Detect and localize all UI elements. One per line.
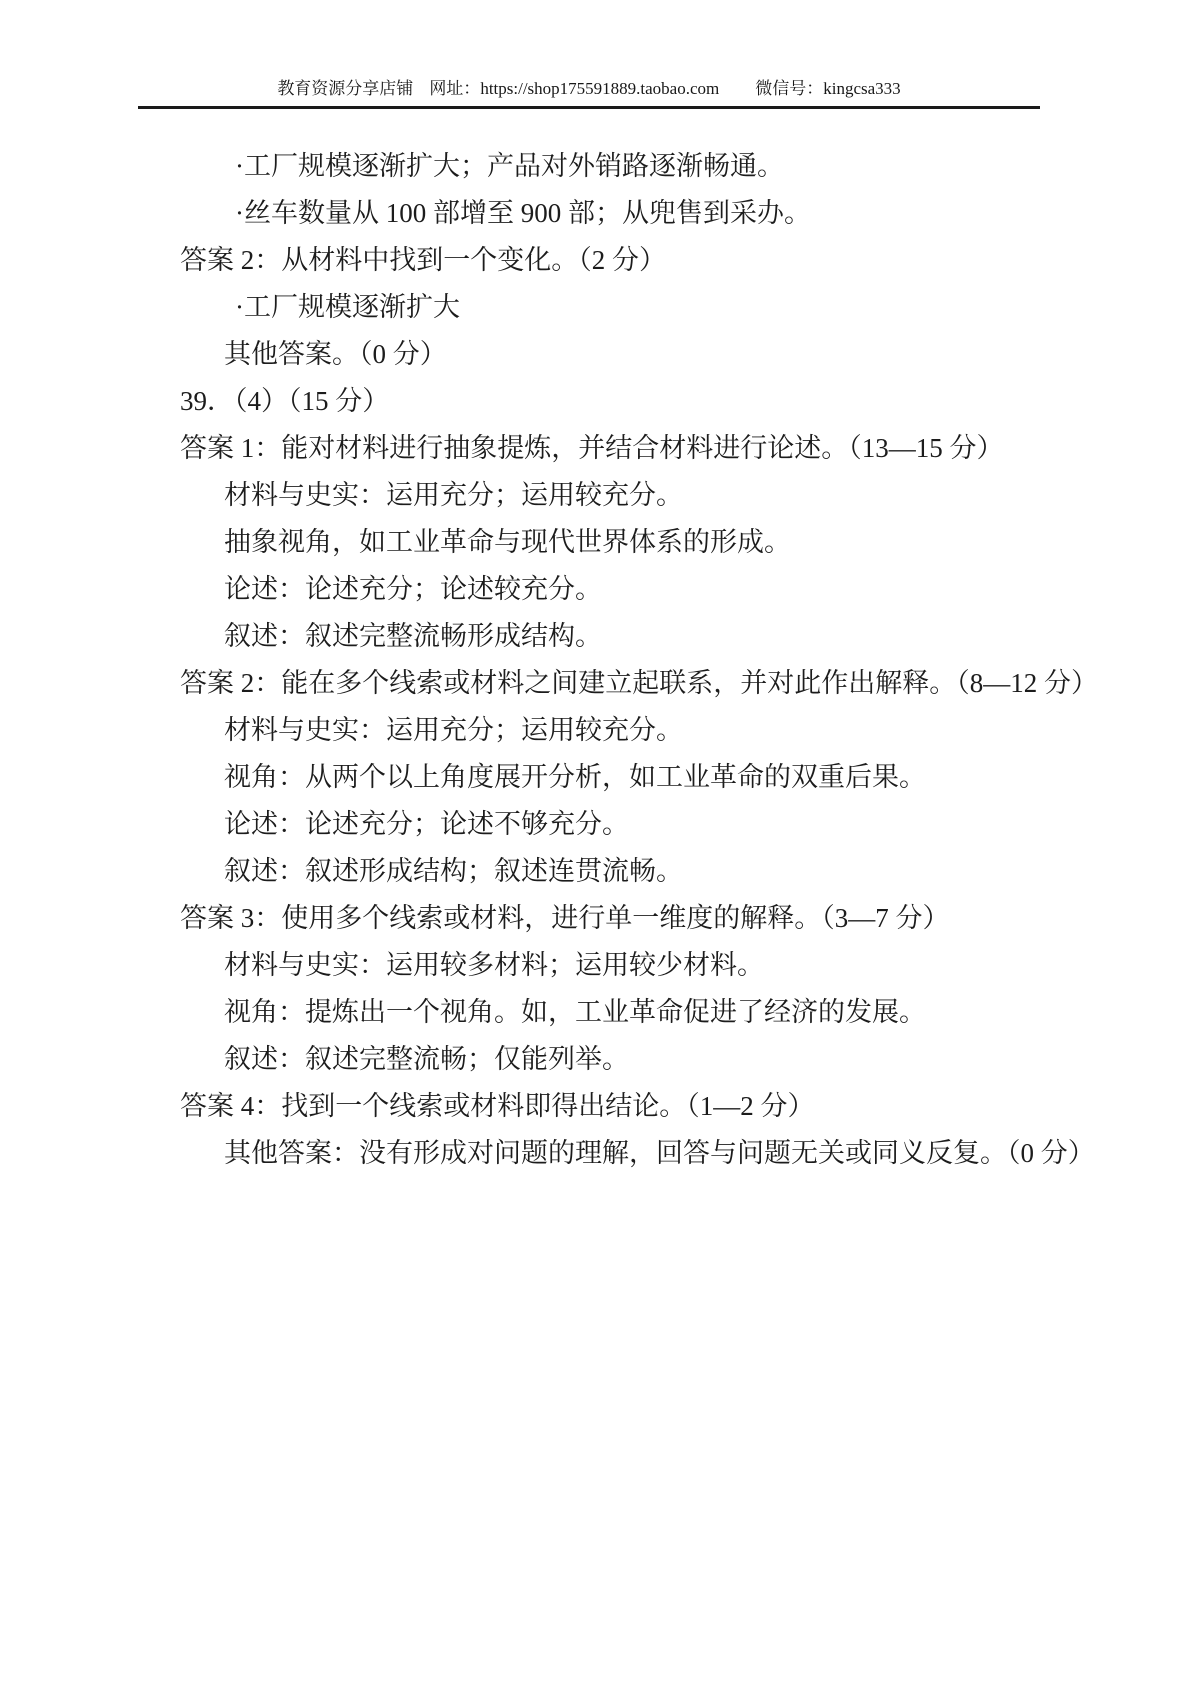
text-line: 论述：论述充分；论述较充分。 bbox=[180, 566, 1100, 613]
text-line: 其他答案：没有形成对问题的理解，回答与问题无关或同义反复。（0 分） bbox=[180, 1130, 1100, 1177]
text-line: 抽象视角，如工业革命与现代世界体系的形成。 bbox=[180, 519, 1100, 566]
text-line: 答案 2：从材料中找到一个变化。（2 分） bbox=[180, 237, 1100, 284]
text-line: 39．（4）（15 分） bbox=[180, 378, 1100, 425]
answer-key-content: ·工厂规模逐渐扩大；产品对外销路逐渐畅通。·丝车数量从 100 部增至 900 … bbox=[180, 143, 1100, 1177]
shop-name: 教育资源分享店铺 bbox=[277, 79, 413, 98]
text-line: ·工厂规模逐渐扩大；产品对外销路逐渐畅通。 bbox=[180, 143, 1100, 190]
text-line: 材料与史实：运用充分；运用较充分。 bbox=[180, 472, 1100, 519]
text-line: 叙述：叙述完整流畅；仅能列举。 bbox=[180, 1036, 1100, 1083]
header-text-line: 教育资源分享店铺网址：https://shop175591889.taobao.… bbox=[138, 76, 1040, 102]
wechat-label: 微信号： bbox=[755, 79, 823, 98]
text-line: 叙述：叙述完整流畅形成结构。 bbox=[180, 613, 1100, 660]
header-divider bbox=[138, 106, 1040, 109]
text-line: 答案 2：能在多个线索或材料之间建立起联系，并对此作出解释。（8—12 分） bbox=[180, 660, 1100, 707]
shop-url: https://shop175591889.taobao.com bbox=[480, 79, 719, 98]
wechat-id: kingcsa333 bbox=[823, 79, 900, 98]
text-line: 答案 4：找到一个线索或材料即得出结论。（1—2 分） bbox=[180, 1083, 1100, 1130]
text-line: 答案 1：能对材料进行抽象提炼，并结合材料进行论述。（13—15 分） bbox=[180, 425, 1100, 472]
text-line: 材料与史实：运用较多材料；运用较少材料。 bbox=[180, 942, 1100, 989]
text-line: 其他答案。（0 分） bbox=[180, 331, 1100, 378]
text-line: ·丝车数量从 100 部增至 900 部；从兜售到采办。 bbox=[180, 190, 1100, 237]
url-label: 网址： bbox=[429, 79, 480, 98]
text-line: 视角：提炼出一个视角。如，工业革命促进了经济的发展。 bbox=[180, 989, 1100, 1036]
text-line: ·工厂规模逐渐扩大 bbox=[180, 284, 1100, 331]
text-line: 叙述：叙述形成结构；叙述连贯流畅。 bbox=[180, 848, 1100, 895]
text-line: 视角：从两个以上角度展开分析，如工业革命的双重后果。 bbox=[180, 754, 1100, 801]
document-header: 教育资源分享店铺网址：https://shop175591889.taobao.… bbox=[138, 76, 1040, 102]
text-line: 材料与史实：运用充分；运用较充分。 bbox=[180, 707, 1100, 754]
text-line: 答案 3：使用多个线索或材料，进行单一维度的解释。（3—7 分） bbox=[180, 895, 1100, 942]
document-page: 教育资源分享店铺网址：https://shop175591889.taobao.… bbox=[0, 0, 1200, 1698]
text-line: 论述：论述充分；论述不够充分。 bbox=[180, 801, 1100, 848]
